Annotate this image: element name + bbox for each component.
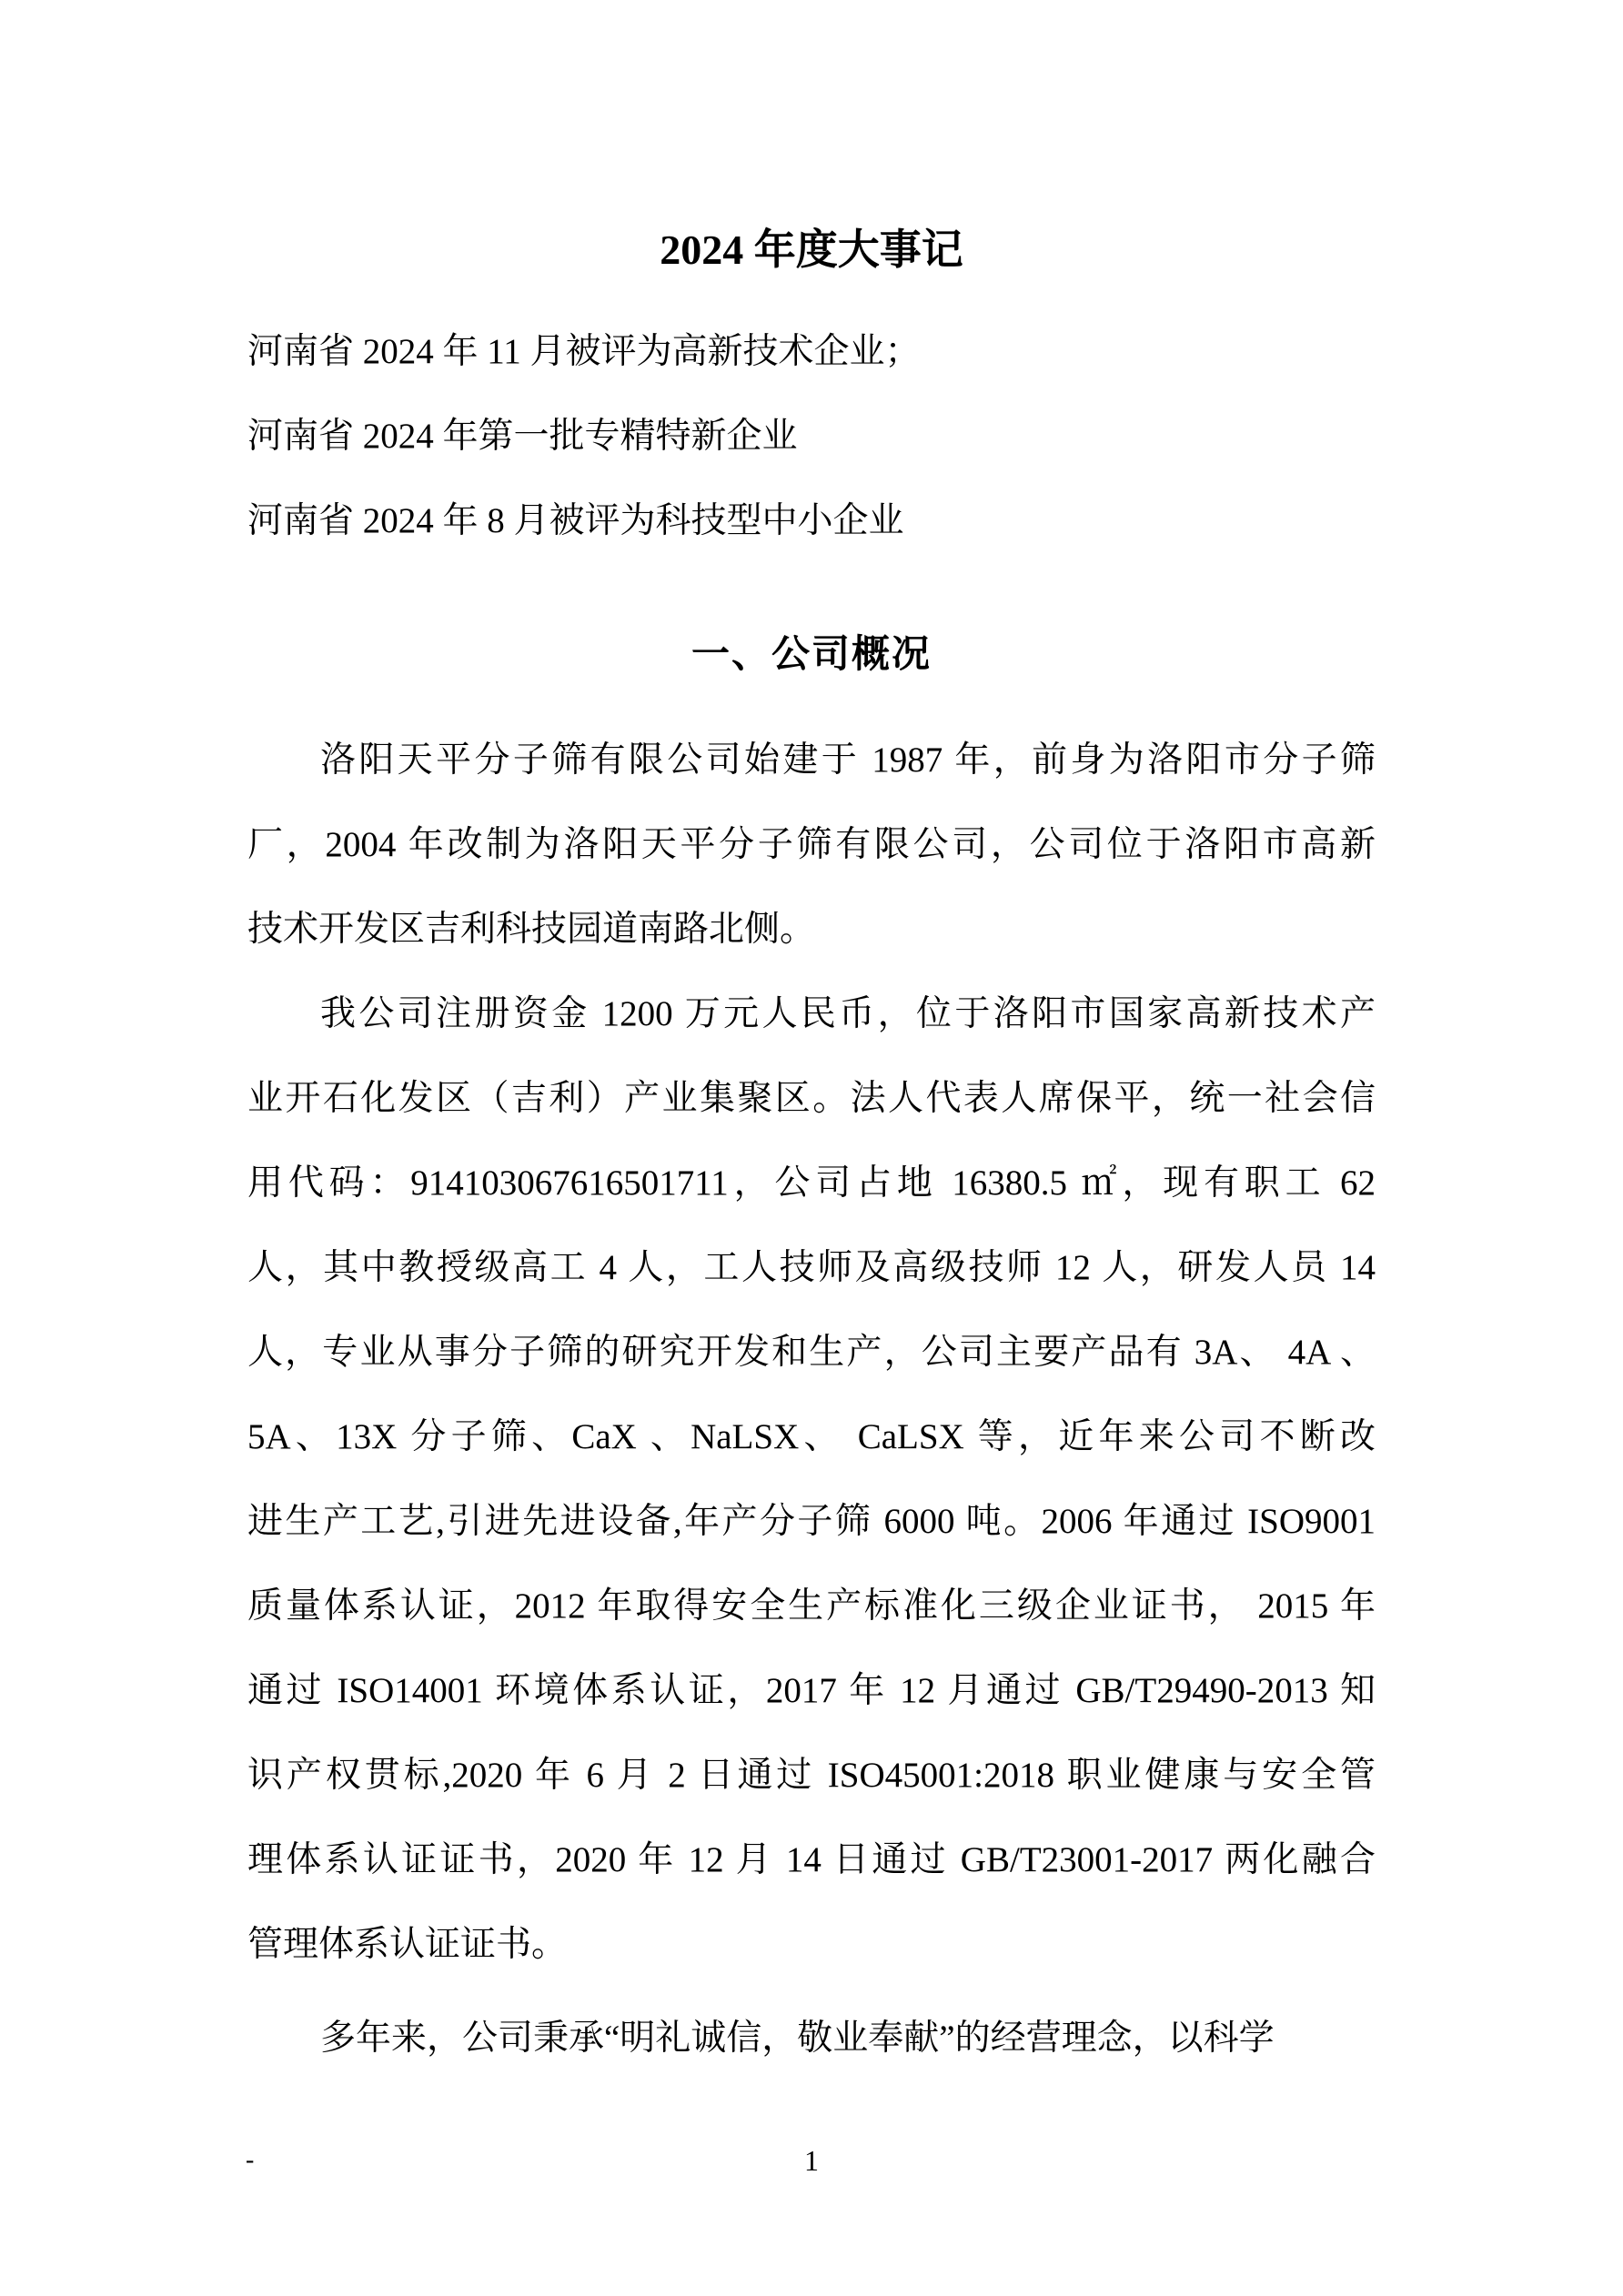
paragraph-line: 人，其中教授级高工 4 人，工人技师及高级技师 12 人，研发人员 14 — [247, 1225, 1376, 1310]
paragraph-line: 5A、13X 分子筛、CaX 、NaLSX、 CaLSX 等，近年来公司不断改 — [247, 1395, 1376, 1479]
paragraph-line: 进生产工艺,引进先进设备,年产分子筛 6000 吨。2006 年通过 ISO90… — [247, 1479, 1376, 1564]
footer-dash: - — [246, 2133, 254, 2188]
page-title: 2024 年度大事记 — [247, 218, 1376, 282]
paragraph-line: 业开石化发区（吉利）产业集聚区。法人代表人席保平，统一社会信 — [247, 1056, 1376, 1141]
intro-line-3: 河南省 2024 年 8 月被评为科技型中小企业 — [247, 478, 1376, 563]
document-page: 2024 年度大事记 河南省 2024 年 11 月被评为高新技术企业； 河南省… — [0, 0, 1623, 2296]
section-heading: 一、公司概况 — [247, 609, 1376, 700]
page-number: 1 — [247, 2133, 1376, 2188]
page-content: 2024 年度大事记 河南省 2024 年 11 月被评为高新技术企业； 河南省… — [247, 0, 1376, 2080]
paragraph-company-profile: 我公司注册资金 1200 万元人民币，位于洛阳市国家高新技术产 业开石化发区（吉… — [247, 972, 1376, 1987]
paragraph-company-values: 多年来，公司秉承“明礼诚信，敬业奉献”的经营理念，以科学 — [247, 1996, 1376, 2080]
paragraph-line: 人，专业从事分子筛的研究开发和生产，公司主要产品有 3A、 4A 、 — [247, 1310, 1376, 1395]
paragraph-line: 用代码：914103067616501711，公司占地 16380.5 ㎡，现有… — [247, 1141, 1376, 1225]
paragraph-line: 通过 ISO14001 环境体系认证，2017 年 12 月通过 GB/T294… — [247, 1648, 1376, 1733]
paragraph-line: 厂，2004 年改制为洛阳天平分子筛有限公司，公司位于洛阳市高新 — [247, 802, 1376, 887]
paragraph-line: 多年来，公司秉承“明礼诚信，敬业奉献”的经营理念，以科学 — [247, 1996, 1376, 2080]
paragraph-line: 技术开发区吉利科技园道南路北侧。 — [247, 887, 1376, 972]
intro-line-2: 河南省 2024 年第一批专精特新企业 — [247, 394, 1376, 478]
paragraph-company-history: 洛阳天平分子筛有限公司始建于 1987 年，前身为洛阳市分子筛 厂，2004 年… — [247, 718, 1376, 972]
paragraph-line: 理体系认证证书，2020 年 12 月 14 日通过 GB/T23001-201… — [247, 1818, 1376, 1902]
paragraph-line: 管理体系认证证书。 — [247, 1902, 1376, 1987]
page-footer: - 1 — [247, 2133, 1376, 2188]
intro-line-1: 河南省 2024 年 11 月被评为高新技术企业； — [247, 309, 1376, 394]
paragraph-line: 洛阳天平分子筛有限公司始建于 1987 年，前身为洛阳市分子筛 — [247, 718, 1376, 802]
paragraph-line: 我公司注册资金 1200 万元人民币，位于洛阳市国家高新技术产 — [247, 972, 1376, 1056]
paragraph-line: 识产权贯标,2020 年 6 月 2 日通过 ISO45001:2018 职业健… — [247, 1733, 1376, 1818]
paragraph-line: 质量体系认证，2012 年取得安全生产标准化三级企业证书， 2015 年 — [247, 1564, 1376, 1648]
intro-block: 河南省 2024 年 11 月被评为高新技术企业； 河南省 2024 年第一批专… — [247, 309, 1376, 563]
